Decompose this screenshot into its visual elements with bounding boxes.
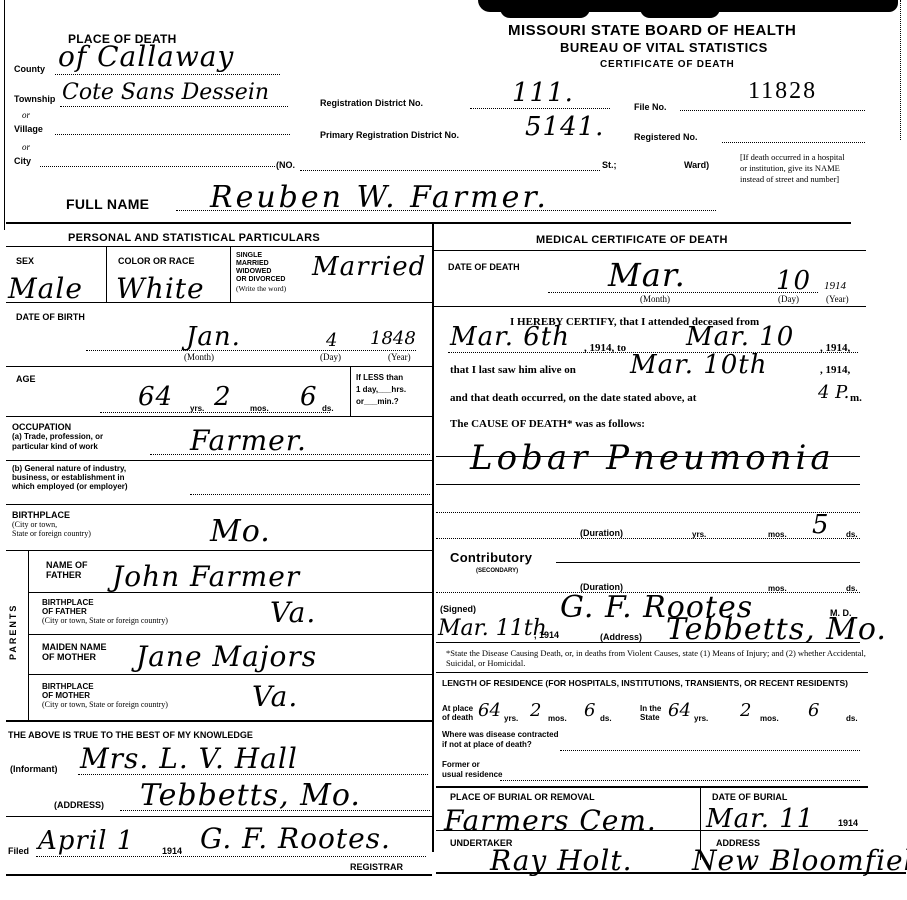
burial-place-label: PLACE OF BURIAL OR REMOVAL: [450, 792, 595, 802]
father-birthplace-label: OF FATHER: [42, 607, 168, 616]
divider: [230, 246, 231, 302]
divider: [28, 592, 432, 593]
ds-label: ds.: [846, 714, 858, 724]
city-line: [40, 166, 275, 167]
registered-no-label: Registered No.: [634, 132, 698, 142]
father-birthplace-label: (City or town, State or foreign country): [42, 616, 168, 625]
attended-to: Mar. 10: [686, 322, 794, 352]
divider: [6, 460, 432, 461]
at-place-block: At place of death: [442, 704, 473, 722]
county-line: [55, 74, 280, 75]
marital-option: OR DIVORCED: [236, 276, 286, 284]
former-residence-line: [500, 780, 860, 781]
at-place-years: 64: [478, 700, 501, 721]
contributory-label: Contributory: [450, 550, 532, 565]
at-place-days: 6: [584, 700, 595, 721]
township-line: [60, 106, 288, 107]
contracted-label: Where was disease contracted: [442, 730, 559, 740]
street-number-line: [300, 170, 600, 171]
father-birthplace-block: BIRTHPLACE OF FATHER (City or town, Stat…: [42, 598, 168, 625]
filed-year: 1914: [162, 846, 182, 856]
true-statement: THE ABOVE IS TRUE TO THE BEST OF MY KNOW…: [8, 730, 253, 740]
occupation-b-label: business, or establishment in: [12, 473, 128, 482]
cause-text: The CAUSE OF DEATH* was as follows:: [450, 418, 645, 430]
informant-address-line: [120, 810, 430, 811]
dod-year: 1914: [824, 280, 846, 292]
occupation-value: Farmer.: [190, 424, 307, 457]
yrs-label: yrs.: [504, 714, 518, 724]
parents-label: PARENTS: [8, 604, 18, 660]
mother-birthplace-label: OF MOTHER: [42, 691, 168, 700]
registration-district-label: Registration District No.: [320, 98, 423, 108]
age-days: 6: [300, 382, 318, 412]
street-number-label: (NO.: [276, 160, 295, 170]
informant-line: [78, 774, 428, 775]
former-residence-block: Former or usual residence: [442, 760, 502, 780]
sig-address-label: (Address): [600, 632, 642, 642]
death-time-value: 4 P.: [818, 382, 849, 403]
dob-day: 4: [326, 330, 337, 351]
divider: [436, 830, 868, 831]
father-name-value: John Farmer: [112, 560, 300, 593]
file-no-label: File No.: [634, 102, 667, 112]
occupation-b-label: which employed (or employer): [12, 482, 128, 491]
in-state-years: 64: [668, 700, 691, 721]
last-saw-text: that I last saw him alive on: [450, 364, 576, 376]
mother-name-label: OF MOTHER: [42, 652, 107, 662]
divider: [436, 786, 868, 788]
dob-label: DATE OF BIRTH: [16, 312, 85, 322]
scan-artifact: [500, 8, 590, 18]
father-birthplace-value: Va.: [270, 596, 316, 629]
divider: [28, 634, 432, 635]
dod-month: Mar.: [608, 256, 686, 294]
divider: [6, 816, 432, 817]
full-name-label: FULL NAME: [66, 196, 149, 212]
burial-place-value: Farmers Cem.: [444, 804, 657, 837]
occupation-b-line: [190, 494, 430, 495]
dob-month: Jan.: [186, 322, 241, 352]
father-name-label: NAME OF: [46, 560, 88, 570]
divider: [350, 366, 351, 416]
former-residence-label: Former or: [442, 760, 502, 770]
scan-artifact: [640, 8, 720, 18]
month-caption: (Month): [640, 294, 670, 304]
agency-title: MISSOURI STATE BOARD OF HEALTH: [508, 22, 796, 39]
father-birthplace-label: BIRTHPLACE: [42, 598, 168, 607]
contributory-line: [556, 562, 860, 563]
marital-option: SINGLE: [236, 252, 286, 260]
primary-district-value: 5141.: [525, 112, 604, 142]
divider: [436, 672, 868, 673]
file-no-line: [680, 110, 865, 111]
occupation-line: [150, 454, 430, 455]
registrar-label: REGISTRAR: [350, 862, 403, 872]
divider: [6, 550, 432, 551]
primary-district-label: Primary Registration District No.: [320, 130, 459, 140]
in-state-label: In the: [640, 704, 661, 713]
occupation-label: OCCUPATION: [12, 422, 103, 432]
cause-value: Lobar Pneumonia: [470, 438, 835, 478]
in-state-months: 2: [740, 700, 751, 721]
informant-value: Mrs. L. V. Hall: [80, 742, 298, 775]
attended-from: Mar. 6th: [450, 322, 570, 352]
registration-district-line: [470, 108, 610, 109]
filed-date: April 1: [38, 826, 134, 856]
father-name-label: FATHER: [46, 570, 88, 580]
township-value: Cote Sans Dessein: [62, 80, 269, 105]
less-than-line: or___min.?: [356, 396, 406, 408]
informant-address-label: (ADDRESS): [54, 800, 104, 810]
marital-value: Married: [312, 252, 426, 282]
divider: [6, 504, 432, 505]
sex-label: SEX: [16, 256, 34, 266]
divider: [6, 302, 432, 303]
age-label: AGE: [16, 374, 36, 384]
marital-note: (Write the word): [236, 284, 286, 293]
dob-line: [86, 350, 416, 351]
ds-label: ds.: [600, 714, 612, 724]
mother-birthplace-label: BIRTHPLACE: [42, 682, 168, 691]
signed-year: , 1914: [534, 630, 559, 640]
less-than-day: If LESS than 1 day,___hrs. or___min.?: [356, 372, 406, 408]
sex-value: Male: [8, 272, 83, 305]
bureau-title: BUREAU OF VITAL STATISTICS: [560, 40, 768, 55]
mos-label: mos.: [548, 714, 567, 724]
full-name-line: [176, 210, 716, 211]
registrar-signature: G. F. Rootes.: [200, 822, 391, 855]
marital-options: SINGLE MARRIED WIDOWED OR DIVORCED (Writ…: [236, 252, 286, 293]
secondary-label: (SECONDARY): [476, 566, 518, 576]
birthplace-value: Mo.: [210, 514, 271, 549]
less-than-line: If LESS than: [356, 372, 406, 384]
age-years: 64: [138, 382, 173, 412]
in-state-days: 6: [808, 700, 819, 721]
at-place-months: 2: [530, 700, 541, 721]
occupation-a-label: particular kind of work: [12, 442, 103, 452]
divider: [28, 550, 29, 720]
medical-heading: MEDICAL CERTIFICATE OF DEATH: [536, 234, 728, 246]
age-months: 2: [214, 382, 232, 412]
filed-line: [36, 856, 426, 857]
registration-district-value: 111.: [512, 78, 574, 108]
death-time-suffix: m.: [850, 392, 862, 404]
last-saw-year: , 1914,: [820, 364, 850, 376]
mother-name-value: Jane Majors: [136, 640, 317, 673]
residence-heading: LENGTH OF RESIDENCE (FOR HOSPITALS, INST…: [442, 678, 867, 688]
death-time-text: and that death occurred, on the date sta…: [450, 392, 696, 404]
duration-days: 5: [812, 510, 830, 540]
occupation-a-label: (a) Trade, profession, or: [12, 432, 103, 442]
mother-birthplace-block: BIRTHPLACE OF MOTHER (City or town, Stat…: [42, 682, 168, 709]
divider: [6, 720, 432, 722]
divider: [6, 416, 432, 417]
at-place-label: of death: [442, 713, 473, 722]
village-label: Village: [14, 124, 43, 134]
mother-name-label: MAIDEN NAME: [42, 642, 107, 652]
left-border: [4, 0, 5, 230]
dod-line: [548, 292, 818, 293]
city-label: City: [14, 156, 31, 166]
divider: [434, 250, 866, 251]
year-caption: (Year): [826, 294, 849, 304]
day-caption: (Day): [320, 352, 341, 362]
mos-label: mos.: [760, 714, 779, 724]
day-caption: (Day): [778, 294, 799, 304]
village-line: [55, 134, 290, 135]
file-number: 11828: [748, 78, 817, 105]
less-than-line: 1 day,___hrs.: [356, 384, 406, 396]
signed-date: Mar. 11th: [438, 616, 547, 641]
birthplace-sub: State or foreign country): [12, 529, 91, 538]
mother-name-block: MAIDEN NAME OF MOTHER: [42, 642, 107, 662]
registered-no-line: [722, 142, 865, 143]
informant-address-value: Tebbetts, Mo.: [140, 778, 361, 813]
divider: [436, 872, 906, 874]
contracted-line: [560, 750, 860, 751]
divider: [436, 642, 860, 643]
cause-line: [436, 512, 860, 513]
column-divider: [432, 222, 434, 852]
or-text: or: [22, 110, 30, 120]
footnote: *State the Disease Causing Death, or, in…: [446, 648, 866, 668]
divider: [6, 246, 432, 247]
ward-label: Ward): [684, 160, 709, 170]
former-residence-label: usual residence: [442, 770, 502, 780]
birthplace-block: BIRTHPLACE (City or town, State or forei…: [12, 510, 91, 538]
age-line: [100, 412, 330, 413]
occupation-b-block: (b) General nature of industry, business…: [12, 464, 128, 491]
county-value: of Callaway: [58, 40, 234, 73]
divider: [6, 222, 851, 224]
personal-heading: PERSONAL AND STATISTICAL PARTICULARS: [68, 232, 320, 244]
cause-line: [436, 456, 860, 457]
occupation-b-label: (b) General nature of industry,: [12, 464, 128, 473]
dob-year: 1848: [370, 328, 416, 349]
contracted-block: Where was disease contracted if not at p…: [442, 730, 559, 750]
marital-option: MARRIED: [236, 260, 286, 268]
or-text: or: [22, 142, 30, 152]
township-label: Township: [14, 94, 55, 104]
divider: [28, 674, 432, 675]
divider: [6, 874, 432, 876]
filed-label: Filed: [8, 846, 29, 856]
birthplace-label: BIRTHPLACE: [12, 510, 91, 520]
marital-option: WIDOWED: [236, 268, 286, 276]
birthplace-sub: (City or town,: [12, 520, 91, 529]
month-caption: (Month): [184, 352, 214, 362]
burial-year: 1914: [838, 818, 858, 828]
divider: [106, 246, 107, 302]
street-label: St.;: [602, 160, 617, 170]
signed-label: (Signed): [440, 604, 476, 614]
in-state-label: State: [640, 713, 661, 722]
institution-note: [If death occurred in a hospital or inst…: [740, 152, 852, 185]
race-value: White: [116, 272, 205, 305]
death-certificate: MISSOURI STATE BOARD OF HEALTH BUREAU OF…: [0, 0, 907, 900]
divider: [6, 366, 432, 367]
year-caption: (Year): [388, 352, 411, 362]
occupation-block: OCCUPATION (a) Trade, profession, or par…: [12, 422, 103, 452]
informant-label: (Informant): [10, 764, 58, 774]
contracted-label: if not at place of death?: [442, 740, 559, 750]
in-state-block: In the State: [640, 704, 661, 722]
duration-label: (Duration): [580, 528, 623, 538]
divider: [434, 306, 866, 307]
yrs-label: yrs.: [694, 714, 708, 724]
cause-line: [436, 484, 860, 485]
mother-birthplace-value: Va.: [252, 680, 298, 713]
right-edge: [900, 0, 901, 140]
county-label: County: [14, 64, 45, 74]
last-saw-date: Mar. 10th: [630, 350, 768, 380]
form-title: CERTIFICATE OF DEATH: [600, 59, 735, 70]
dod-label: DATE OF DEATH: [448, 262, 520, 272]
burial-date-label: DATE OF BURIAL: [712, 792, 787, 802]
duration-line: [436, 538, 860, 539]
race-label: COLOR OR RACE: [118, 256, 195, 266]
mother-birthplace-label: (City or town, State or foreign country): [42, 700, 168, 709]
at-place-label: At place: [442, 704, 473, 713]
father-name-block: NAME OF FATHER: [46, 560, 88, 580]
